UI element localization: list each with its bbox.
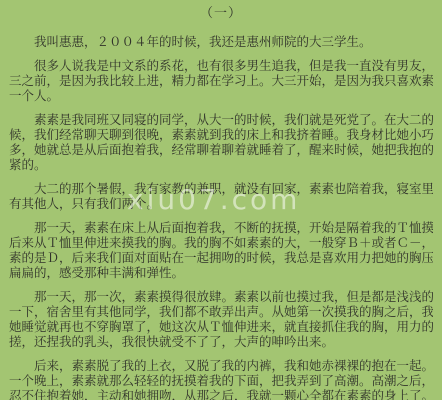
page-body: 我叫惠惠，２００４年的时候，我还是惠州师院的大三学生。很多人说我是中文系的系花，… bbox=[9, 34, 433, 400]
paragraph-6: 那一天，那一次，素素摸得很放肆。素素以前也摸过我，但是都是浅浅的摸一下，宿舍里有… bbox=[9, 289, 433, 349]
text-line: 一个人。 bbox=[9, 88, 433, 103]
text-line: 她睡觉就再也不穿胸罩了，她这次从Ｔ恤伸进来，就直接抓住我的胸，用力的揉 bbox=[9, 319, 433, 334]
paragraph-4: 大二的那个暑假，我有家教的兼职，就没有回家，素素也陪着我，寝室里没有其他人，只有… bbox=[9, 181, 433, 211]
text-line: 那一天，那一次，素素摸得很放肆。素素以前也摸过我，但是都是浅浅的摸 bbox=[9, 289, 433, 304]
text-line: 一个晚上，素素就那么轻轻的抚摸着我的下面，把我弄到了高潮。高潮之后，我 bbox=[9, 373, 433, 388]
document-page: （一） 我叫惠惠，２００４年的时候，我还是惠州师院的大三学生。很多人说我是中文系… bbox=[0, 0, 442, 400]
paragraph-5: 那一天，素素在床上从后面抱着我，不断的抚摸，开始是隔着我的Ｔ恤摸，后来从Ｔ恤里伸… bbox=[9, 220, 433, 280]
text-line: 三之前，是因为我比较上进，精力都在学习上。大三开始，是因为我只喜欢素素 bbox=[9, 73, 433, 88]
text-line: 有其他人，只有我们两个。 bbox=[9, 196, 433, 211]
paragraph-2: 很多人说我是中文系的系花，也有很多男生追我，但是我一直没有男友，大三之前，是因为… bbox=[9, 58, 433, 103]
text-line: 大二的那个暑假，我有家教的兼职，就没有回家，素素也陪着我，寝室里没 bbox=[9, 181, 433, 196]
text-line: 候，我们经常聊天聊到很晚，素素就到我的床上和我挤着睡。我身材比她小巧的 bbox=[9, 127, 433, 142]
paragraph-7: 后来，素素脱了我的上衣，又脱了我的内裤，我和她赤裸裸的抱在一起。那一个晚上，素素… bbox=[9, 358, 433, 400]
text-line: 后来从Ｔ恤里伸进来摸我的胸。我的胸不如素素的大，一般穿Ｂ＋或者Ｃ－，素 bbox=[9, 235, 433, 250]
text-line: 一下，宿舍里有其他同学，我们都不敢弄出声。从她第一次摸我的胸之后，我和 bbox=[9, 304, 433, 319]
text-line: 那一天，素素在床上从后面抱着我，不断的抚摸，开始是隔着我的Ｔ恤摸， bbox=[9, 220, 433, 235]
chapter-title: （一） bbox=[9, 6, 433, 21]
paragraph-1: 我叫惠惠，２００４年的时候，我还是惠州师院的大三学生。 bbox=[9, 34, 433, 49]
text-line: 素的是Ｄ，后来我们面对面贴在一起拥吻的时候，我总是喜欢用力把她的胸压的 bbox=[9, 250, 433, 265]
paragraph-3: 素素是我同班又同寝的同学，从大一的时候，我们就是死党了。在大二的时候，我们经常聊… bbox=[9, 112, 433, 172]
text-line: 我叫惠惠，２００４年的时候，我还是惠州师院的大三学生。 bbox=[9, 34, 433, 49]
text-line: 后来，素素脱了我的上衣，又脱了我的内裤，我和她赤裸裸的抱在一起。那 bbox=[9, 358, 433, 373]
text-line: 忍不住抱着她，主动和她拥吻，从那之后，我就一颗心全都在素素的身上了。 bbox=[9, 388, 433, 400]
text-line: 多，她就总是从后面抱着我，经常聊着聊着就睡着了，醒来时候，她把我抱的紧 bbox=[9, 142, 433, 157]
text-line: 搓，还捏我的乳头，我很快就受不了了，大声的呻吟出来。 bbox=[9, 334, 433, 349]
text-line: 紧的。 bbox=[9, 157, 433, 172]
text-line: 扁扁的，感受那种丰满和弹性。 bbox=[9, 265, 433, 280]
text-line: 素素是我同班又同寝的同学，从大一的时候，我们就是死党了。在大二的时 bbox=[9, 112, 433, 127]
text-line: 很多人说我是中文系的系花，也有很多男生追我，但是我一直没有男友，大 bbox=[9, 58, 433, 73]
